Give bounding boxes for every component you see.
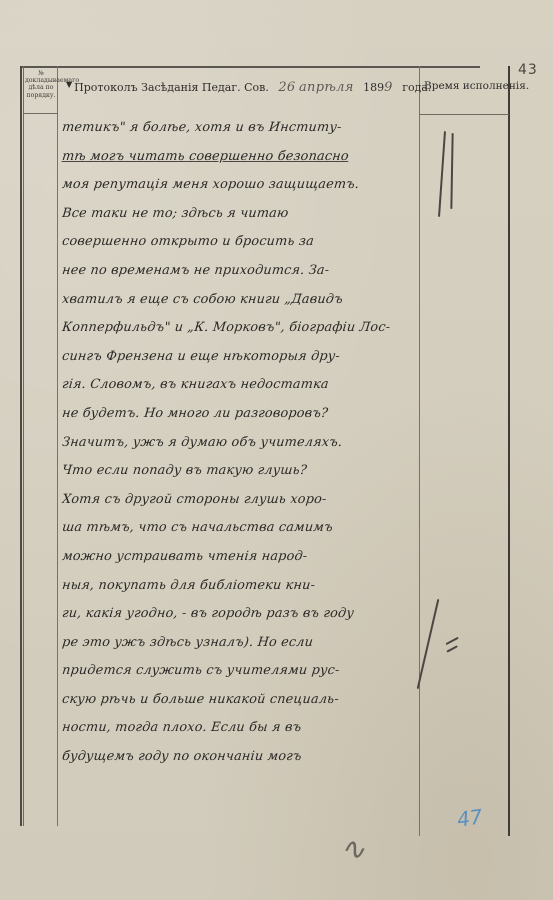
text-line: придется служить съ учителями рус- xyxy=(60,657,421,686)
text-line: совершенно открыто и бросить за xyxy=(60,228,421,257)
left-outer-rule xyxy=(20,66,22,826)
document-page: № докладываемаго дѣла по порядку. ▼Прото… xyxy=(0,0,553,900)
handwritten-body: тетикъ" я болѣе, хотя и въ Институ- тѣ м… xyxy=(62,114,420,772)
folio-number: 43 xyxy=(518,62,538,78)
text-line: не будетъ. Но много ли разговоровъ? xyxy=(60,400,421,429)
top-rule xyxy=(20,66,480,68)
header-divider-left xyxy=(23,113,57,114)
text-line: нее по временамъ не приходится. За- xyxy=(60,257,421,286)
text-line: сингъ Френзена и еще нѣкоторыя дру- xyxy=(60,343,421,372)
margin-tick-icon xyxy=(446,645,457,652)
archive-stamp-number: 47 xyxy=(455,804,484,831)
text-line: моя репутація меня хорошо защищаетъ. xyxy=(60,171,421,200)
execution-time-column-header: Время исполненія. xyxy=(424,80,529,92)
year-prefix: 189 xyxy=(363,81,384,94)
text-line: Значитъ, ужъ я думаю объ учителяхъ. xyxy=(60,429,421,458)
text-line: ныя, покупать для библіотеки кни- xyxy=(60,572,421,601)
text-line: гія. Словомъ, въ книгахъ недостатка xyxy=(60,371,421,400)
text-line: Что если попаду въ такую глушь? xyxy=(60,457,421,486)
text-line: ре это ужъ здѣсь узналъ). Но если xyxy=(60,629,421,658)
left-inner-rule xyxy=(23,66,24,826)
title-printed: Протоколъ Засѣданія Педаг. Сов. xyxy=(74,81,269,94)
text-line-underlined: тѣ могъ читать совершенно безопасно xyxy=(60,143,421,172)
text-line: Копперфильдъ" и „К. Морковъ", біографіи … xyxy=(60,314,421,343)
text-line: Все таки не то; здѣсь я читаю xyxy=(60,200,421,229)
catchword-flourish-icon: ∿ xyxy=(340,832,365,867)
number-column-rule xyxy=(57,66,58,826)
pointer-mark-icon: ▼ xyxy=(66,80,72,89)
year-digit: 9 xyxy=(384,80,393,95)
text-line: ности, тогда плохо. Если бы я въ xyxy=(60,714,421,743)
text-line: можно устраивать чтенія народ- xyxy=(60,543,421,572)
case-number-column-header: № докладываемаго дѣла по порядку. xyxy=(25,70,57,99)
text-line: тетикъ" я болѣе, хотя и въ Институ- xyxy=(60,114,421,143)
text-line: ша тѣмъ, что съ начальства самимъ xyxy=(60,514,421,543)
text-line: Хотя съ другой стороны глушь хоро- xyxy=(60,486,421,515)
text-line: ги, какія угодно, - въ городѣ разъ въ го… xyxy=(60,600,421,629)
margin-pencil-line-icon xyxy=(450,133,453,209)
text-line: скую рѣчь и больше никакой специаль- xyxy=(60,686,421,715)
top-rule-right xyxy=(419,66,479,68)
margin-pencil-line-icon xyxy=(438,131,446,217)
header-divider-right xyxy=(419,114,509,115)
right-outer-rule xyxy=(508,66,510,836)
date-day: 26 xyxy=(278,80,295,95)
text-line: хватилъ я еще съ собою книги „Давидъ xyxy=(60,286,421,315)
text-line: будущемъ году по окончаніи могъ xyxy=(60,743,421,772)
protocol-title: ▼Протоколъ Засѣданія Педаг. Сов. 26 апрѣ… xyxy=(66,80,431,95)
margin-tick-icon xyxy=(445,637,458,645)
date-month: апрѣля xyxy=(299,80,354,95)
